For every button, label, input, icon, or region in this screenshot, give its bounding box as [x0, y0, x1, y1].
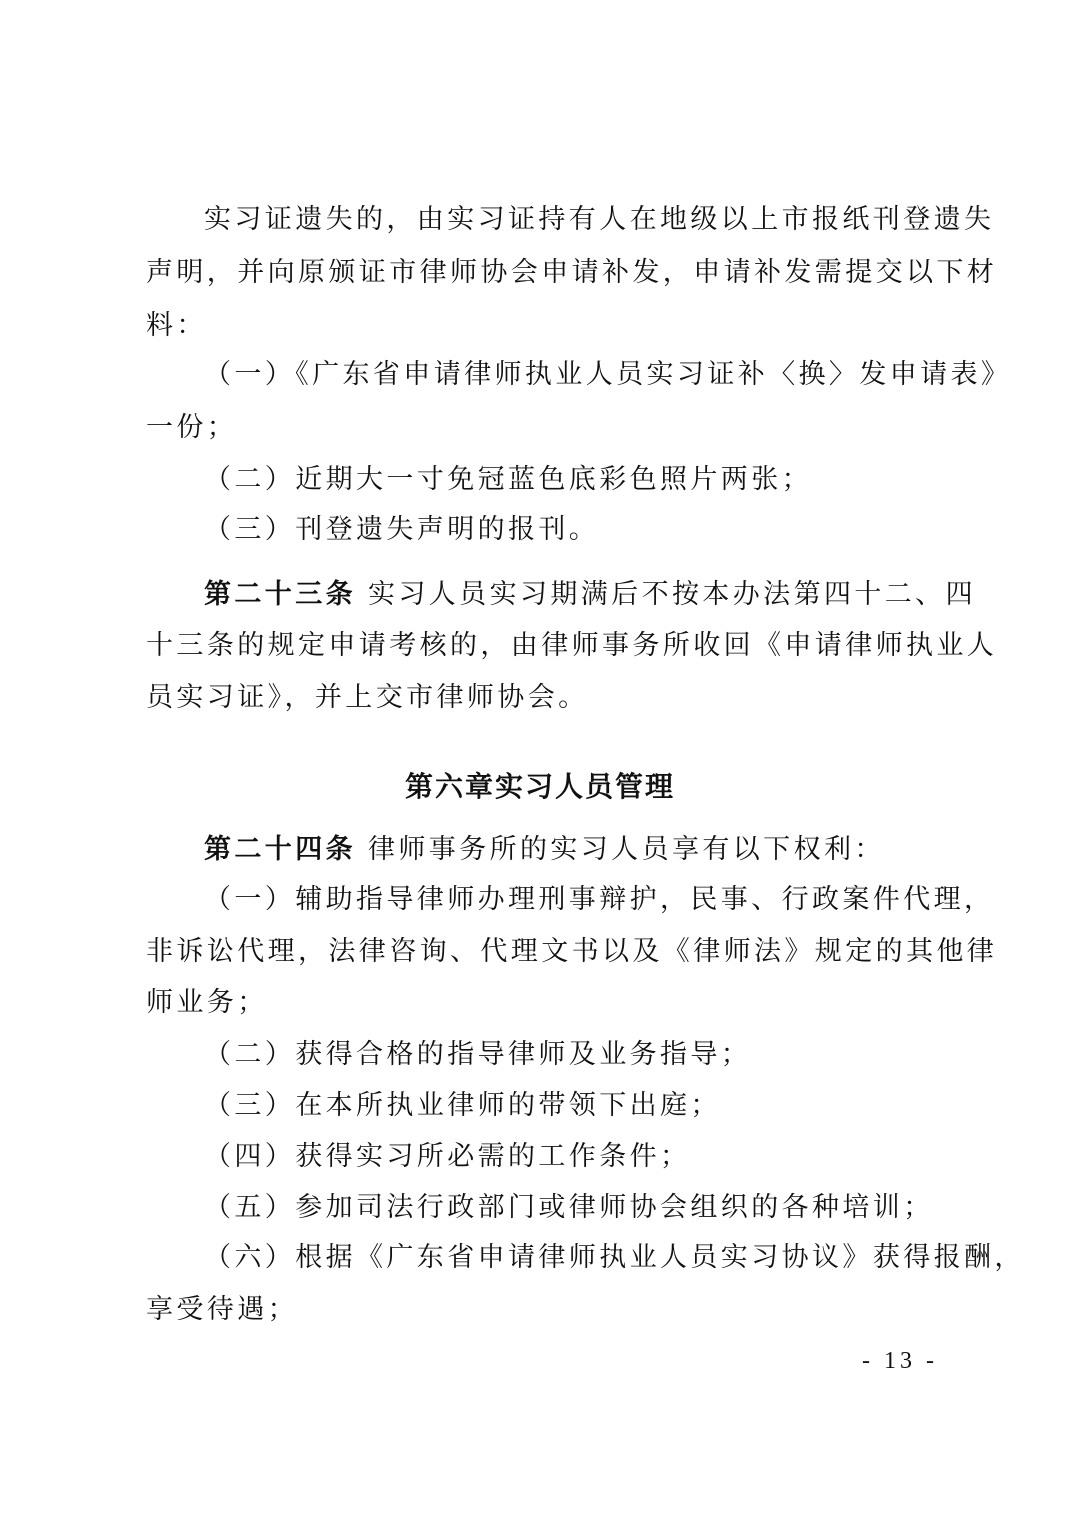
list-item-right-4: （四）获得实习所必需的工作条件；: [204, 1137, 1004, 1177]
article-24-label: 第二十四条: [204, 834, 356, 865]
chapter-heading: 第六章实习人员管理: [0, 767, 1080, 807]
article-24-text: 律师事务所的实习人员享有以下权利：: [356, 834, 885, 865]
list-item-material-2: （二）近期大一寸免冠蓝色底彩色照片两张；: [204, 460, 1004, 500]
list-item-right-1: （一）辅助指导律师办理刑事辩护，民事、行政案件代理，: [204, 880, 1004, 920]
page-number: - 13 -: [862, 1348, 938, 1375]
list-item-material-1: （一）《广东省申请律师执业人员实习证补〈换〉发申请表》: [204, 355, 1004, 395]
article-23-line-1: 第二十三条 实习人员实习期满后不按本办法第四十二、四: [204, 575, 1004, 615]
list-item-right-6-cont: 享受待遇；: [146, 1290, 946, 1330]
article-23-text: 实习人员实习期满后不按本办法第四十二、四: [356, 579, 976, 610]
paragraph-line: 料：: [146, 306, 946, 346]
list-item-right-2: （二）获得合格的指导律师及业务指导；: [204, 1035, 1004, 1075]
document-page: 实习证遗失的，由实习证持有人在地级以上市报纸刊登遗失 声明，并向原颁证市律师协会…: [0, 0, 1080, 1527]
list-item-right-3: （三）在本所执业律师的带领下出庭；: [204, 1086, 1004, 1126]
list-item-material-3: （三）刊登遗失声明的报刊。: [204, 510, 1004, 550]
list-item-right-1-cont: 非诉讼代理，法律咨询、代理文书以及《律师法》规定的其他律: [146, 932, 946, 972]
article-23-line-3: 员实习证》，并上交市律师协会。: [146, 678, 946, 718]
list-item-right-6: （六）根据《广东省申请律师执业人员实习协议》获得报酬，: [204, 1238, 1004, 1278]
article-23-label: 第二十三条: [204, 579, 356, 610]
list-item-right-1-cont: 师业务；: [146, 983, 946, 1023]
list-item-material-1-cont: 一份；: [146, 408, 946, 448]
article-24-line-1: 第二十四条 律师事务所的实习人员享有以下权利：: [204, 830, 1004, 870]
article-23-line-2: 十三条的规定申请考核的，由律师事务所收回《申请律师执业人: [146, 626, 946, 666]
paragraph-line: 声明，并向原颁证市律师协会申请补发，申请补发需提交以下材: [146, 253, 946, 293]
list-item-right-5: （五）参加司法行政部门或律师协会组织的各种培训；: [204, 1188, 1004, 1228]
paragraph-line: 实习证遗失的，由实习证持有人在地级以上市报纸刊登遗失: [204, 200, 1004, 240]
